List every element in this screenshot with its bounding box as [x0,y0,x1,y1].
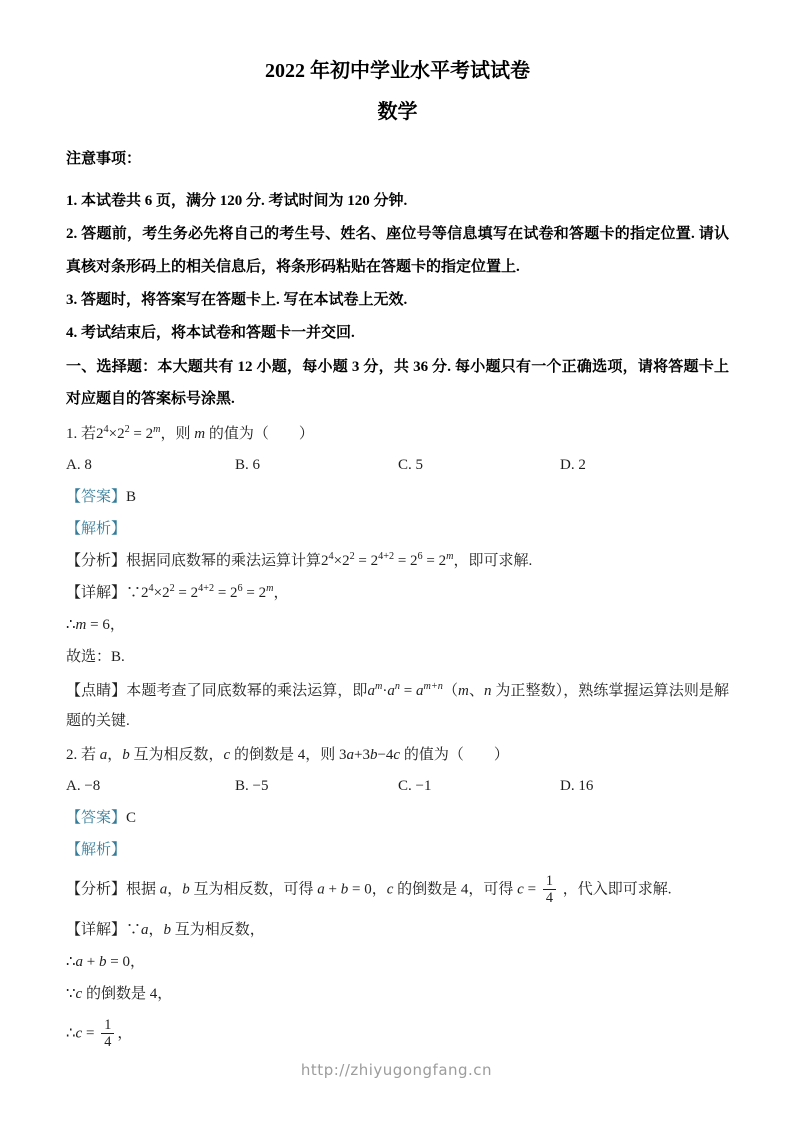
q1-option-c: C. 5 [398,450,560,480]
q2-step1: ∴a + b = 0， [66,947,729,977]
q2-step2: ∵c 的倒数是 4， [66,979,729,1009]
q2-answer-line: 【答案】C [66,803,729,833]
notice-section: 注意事项： 1. 本试卷共 6 页，满分 120 分. 考试时间为 120 分钟… [66,148,729,350]
q1-answer-label: 【答案】 [66,489,126,505]
q1-option-a: A. 8 [66,450,235,480]
notice-item-4: 4. 考试结束后，将本试卷和答题卡一并交回. [66,317,729,350]
q1-tip: 【点睛】本题考查了同底数幂的乘法运算，即am·an = am+n（m、n 为正整… [66,676,729,736]
q2-answer-label: 【答案】 [66,810,126,826]
q2-stem: 2. 若 a，b 互为相反数，c 的倒数是 4，则 3a+3b−4c 的值为（ … [66,740,729,770]
q1-detail: 【详解】∵24×22 = 24+2 = 26 = 2m， [66,578,729,608]
q1-stem: 1. 若24×22 = 2m，则 m 的值为（ ） [66,419,729,449]
q1-option-b: B. 6 [235,450,398,480]
q2-analysis: 【分析】根据 a，b 互为相反数，可得 a + b = 0，c 的倒数是 4，可… [66,867,729,913]
watermark-url: http://zhiyugongfang.cn [0,1061,793,1079]
q2-option-a: A. −8 [66,771,235,801]
exam-title: 2022 年初中学业水平考试试卷 [66,58,729,84]
q1-analysis-heading: 【解析】 [66,514,729,544]
q2-option-c: C. −1 [398,771,560,801]
exam-paper-page: 2022 年初中学业水平考试试卷 数学 注意事项： 1. 本试卷共 6 页，满分… [0,0,793,1122]
q2-answer-value: C [126,810,136,826]
notice-item-1: 1. 本试卷共 6 页，满分 120 分. 考试时间为 120 分钟. [66,185,729,218]
q1-answer-value: B [126,489,136,505]
q1-analysis: 【分析】根据同底数幂的乘法运算计算24×22 = 24+2 = 26 = 2m，… [66,546,729,576]
q2-options-row: A. −8 B. −5 C. −1 D. 16 [66,771,729,801]
q2-step3: ∴c = 14， [66,1011,729,1057]
page-content: 2022 年初中学业水平考试试卷 数学 注意事项： 1. 本试卷共 6 页，满分… [0,0,793,1057]
q2-option-d: D. 16 [560,771,729,801]
q1-conclusion: ∴m = 6， [66,610,729,640]
q1-answer-line: 【答案】B [66,482,729,512]
notice-item-2: 2. 答题前，考生务必先将自己的考生号、姓名、座位号等信息填写在试卷和答题卡的指… [66,218,729,284]
q1-option-d: D. 2 [560,450,729,480]
q2-option-b: B. −5 [235,771,398,801]
q1-choice: 故选：B. [66,642,729,672]
notice-item-3: 3. 答题时，将答案写在答题卡上. 写在本试卷上无效. [66,284,729,317]
q1-options-row: A. 8 B. 6 C. 5 D. 2 [66,450,729,480]
section-one-heading: 一、选择题：本大题共有 12 小题，每小题 3 分，共 36 分. 每小题只有一… [66,351,729,415]
exam-subject: 数学 [66,99,729,125]
q2-detail: 【详解】∵a，b 互为相反数， [66,915,729,945]
notice-heading: 注意事项： [66,148,729,170]
q2-analysis-heading: 【解析】 [66,835,729,865]
